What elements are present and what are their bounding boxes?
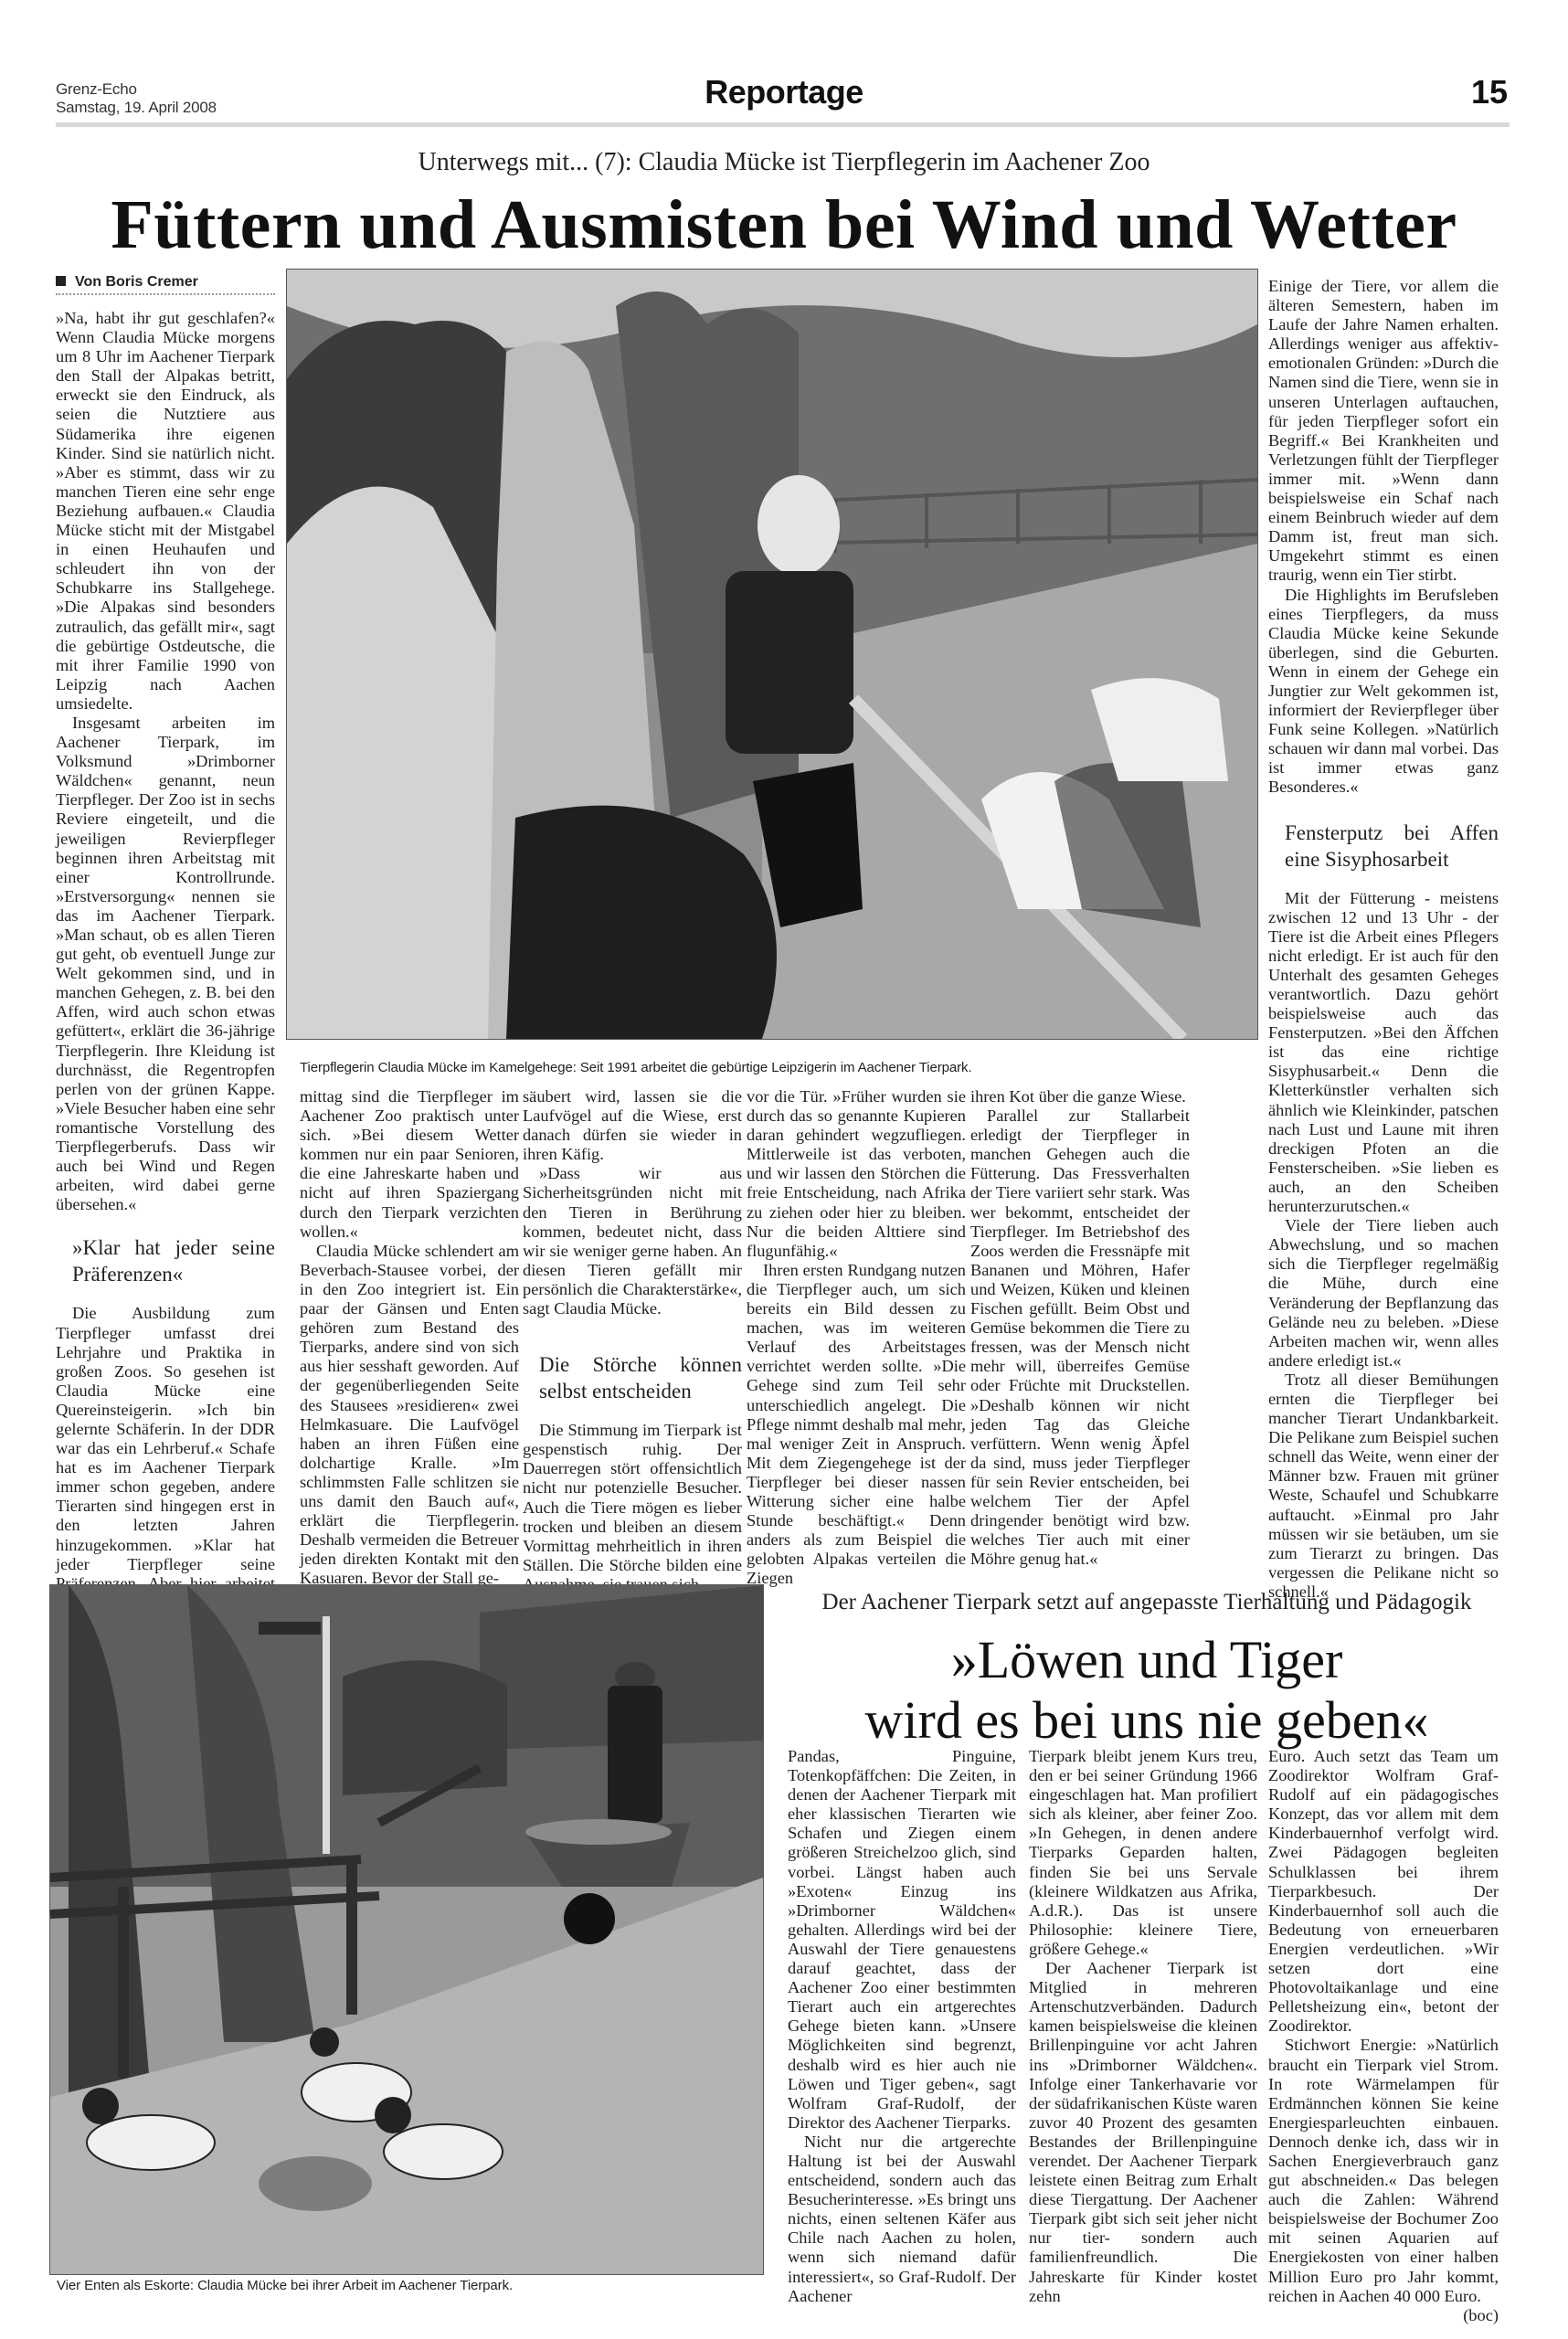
paragraph: Parallel zur Stallarbeit erledigt der Ti… (970, 1106, 1190, 1569)
headline-line-2: wird es bei uns nie geben« (781, 1690, 1512, 1751)
photo-caption: Tierpflegerin Claudia Mücke im Kamelgehe… (300, 1060, 1250, 1075)
page-number: 15 (1471, 73, 1508, 111)
header-rule (56, 122, 1510, 127)
paragraph: Claudia Mücke schlendert am Beverbach-St… (300, 1242, 519, 1589)
article-kicker: Unterwegs mit... (7): Claudia Mücke ist … (0, 148, 1568, 177)
paragraph: »Na, habt ihr gut geschlafen?« Wenn Clau… (56, 309, 275, 714)
article2-column-2: Tierpark bleibt jenem Kurs treu, den er … (1029, 1747, 1257, 2306)
article2-column-3: Euro. Auch setzt das Team um Zoodirektor… (1268, 1747, 1499, 2325)
paragraph: Mit der Fütterung - meistens zwischen 12… (1268, 889, 1499, 1217)
paragraph: Trotz all dieser Bemühungen ernten die T… (1268, 1371, 1499, 1602)
section-title: Reportage (0, 73, 1568, 111)
camel-enclosure-photo (286, 269, 1258, 1040)
paragraph: Tierpark bleibt jenem Kurs treu, den er … (1029, 1747, 1257, 1959)
paragraph: Ihren ersten Rundgang nutzen die Tierpfl… (747, 1261, 966, 1589)
paragraph-text: Stichwort Energie: »Natürlich braucht ei… (1268, 2036, 1499, 2304)
byline: Von Boris Cremer (56, 274, 275, 295)
article2-column-1: Pandas, Pinguine, Totenkopfäffchen: Die … (788, 1747, 1016, 2306)
byline-square-icon (56, 276, 66, 286)
paragraph: Der Aachener Tierpark ist Mitglied in me… (1029, 1959, 1257, 2306)
paragraph: Die Highlights im Berufsleben eines Tier… (1268, 586, 1499, 798)
article2-kicker: Der Aachener Tierpark setzt auf angepass… (781, 1590, 1512, 1615)
subheading: Fensterputz bei Affen eine Sisyphosarbei… (1268, 820, 1499, 873)
article-headline: Füttern und Ausmisten bei Wind und Wette… (0, 186, 1568, 263)
headline-line-1: »Löwen und Tiger (781, 1630, 1512, 1690)
paragraph: Pandas, Pinguine, Totenkopfäffchen: Die … (788, 1747, 1016, 2133)
article1-column-6: Einige der Tiere, vor allem die älteren … (1268, 277, 1499, 1602)
wheelbarrow-ducks-photo (49, 1584, 764, 2275)
subheading: »Klar hat jeder seine Präferenzen« (56, 1234, 275, 1287)
paragraph: Viele der Tiere lieben auch Abwechslung,… (1268, 1216, 1499, 1371)
article1-column-3: säubert wird, lassen sie die Laufvögel a… (523, 1087, 742, 1594)
byline-author: Von Boris Cremer (75, 274, 198, 290)
camel-photo-illustration (287, 270, 1257, 1039)
article2-headline: »Löwen und Tiger wird es bei uns nie geb… (781, 1630, 1512, 1751)
paragraph: Einige der Tiere, vor allem die älteren … (1268, 277, 1499, 586)
paragraph: Euro. Auch setzt das Team um Zoodirektor… (1268, 1747, 1499, 2036)
paragraph: vor die Tür. »Früher wurden sie durch da… (747, 1087, 966, 1261)
paragraph: Nicht nur die artgerechte Haltung ist be… (788, 2133, 1016, 2306)
paragraph: »Dass wir aus Sicherheitsgründen nicht m… (523, 1164, 742, 1318)
subheading: Die Störche können selbst entscheiden (523, 1351, 742, 1404)
paragraph: Stichwort Energie: »Natürlich braucht ei… (1268, 2036, 1499, 2305)
ducks-photo-illustration (50, 1585, 763, 2274)
paragraph: Insgesamt arbeiten im Aachener Tierpark,… (56, 714, 275, 1214)
article1-column-5: ihren Kot über die ganze Wiese. Parallel… (970, 1087, 1190, 1569)
paragraph: ihren Kot über die ganze Wiese. (970, 1087, 1190, 1106)
article1-column-2: mittag sind die Tierpfleger im Aachener … (300, 1087, 519, 1588)
article1-column-4: vor die Tür. »Früher wurden sie durch da… (747, 1087, 966, 1588)
paragraph: Die Stimmung im Tierpark ist gespenstisc… (523, 1421, 742, 1594)
photo-caption: Vier Enten als Eskorte: Claudia Mücke be… (57, 2278, 769, 2293)
article1-column-1: »Na, habt ihr gut geschlafen?« Wenn Clau… (56, 309, 275, 1728)
paragraph: mittag sind die Tierpfleger im Aachener … (300, 1087, 519, 1242)
author-signoff: (boc) (1446, 2306, 1499, 2325)
paragraph: säubert wird, lassen sie die Laufvögel a… (523, 1087, 742, 1164)
